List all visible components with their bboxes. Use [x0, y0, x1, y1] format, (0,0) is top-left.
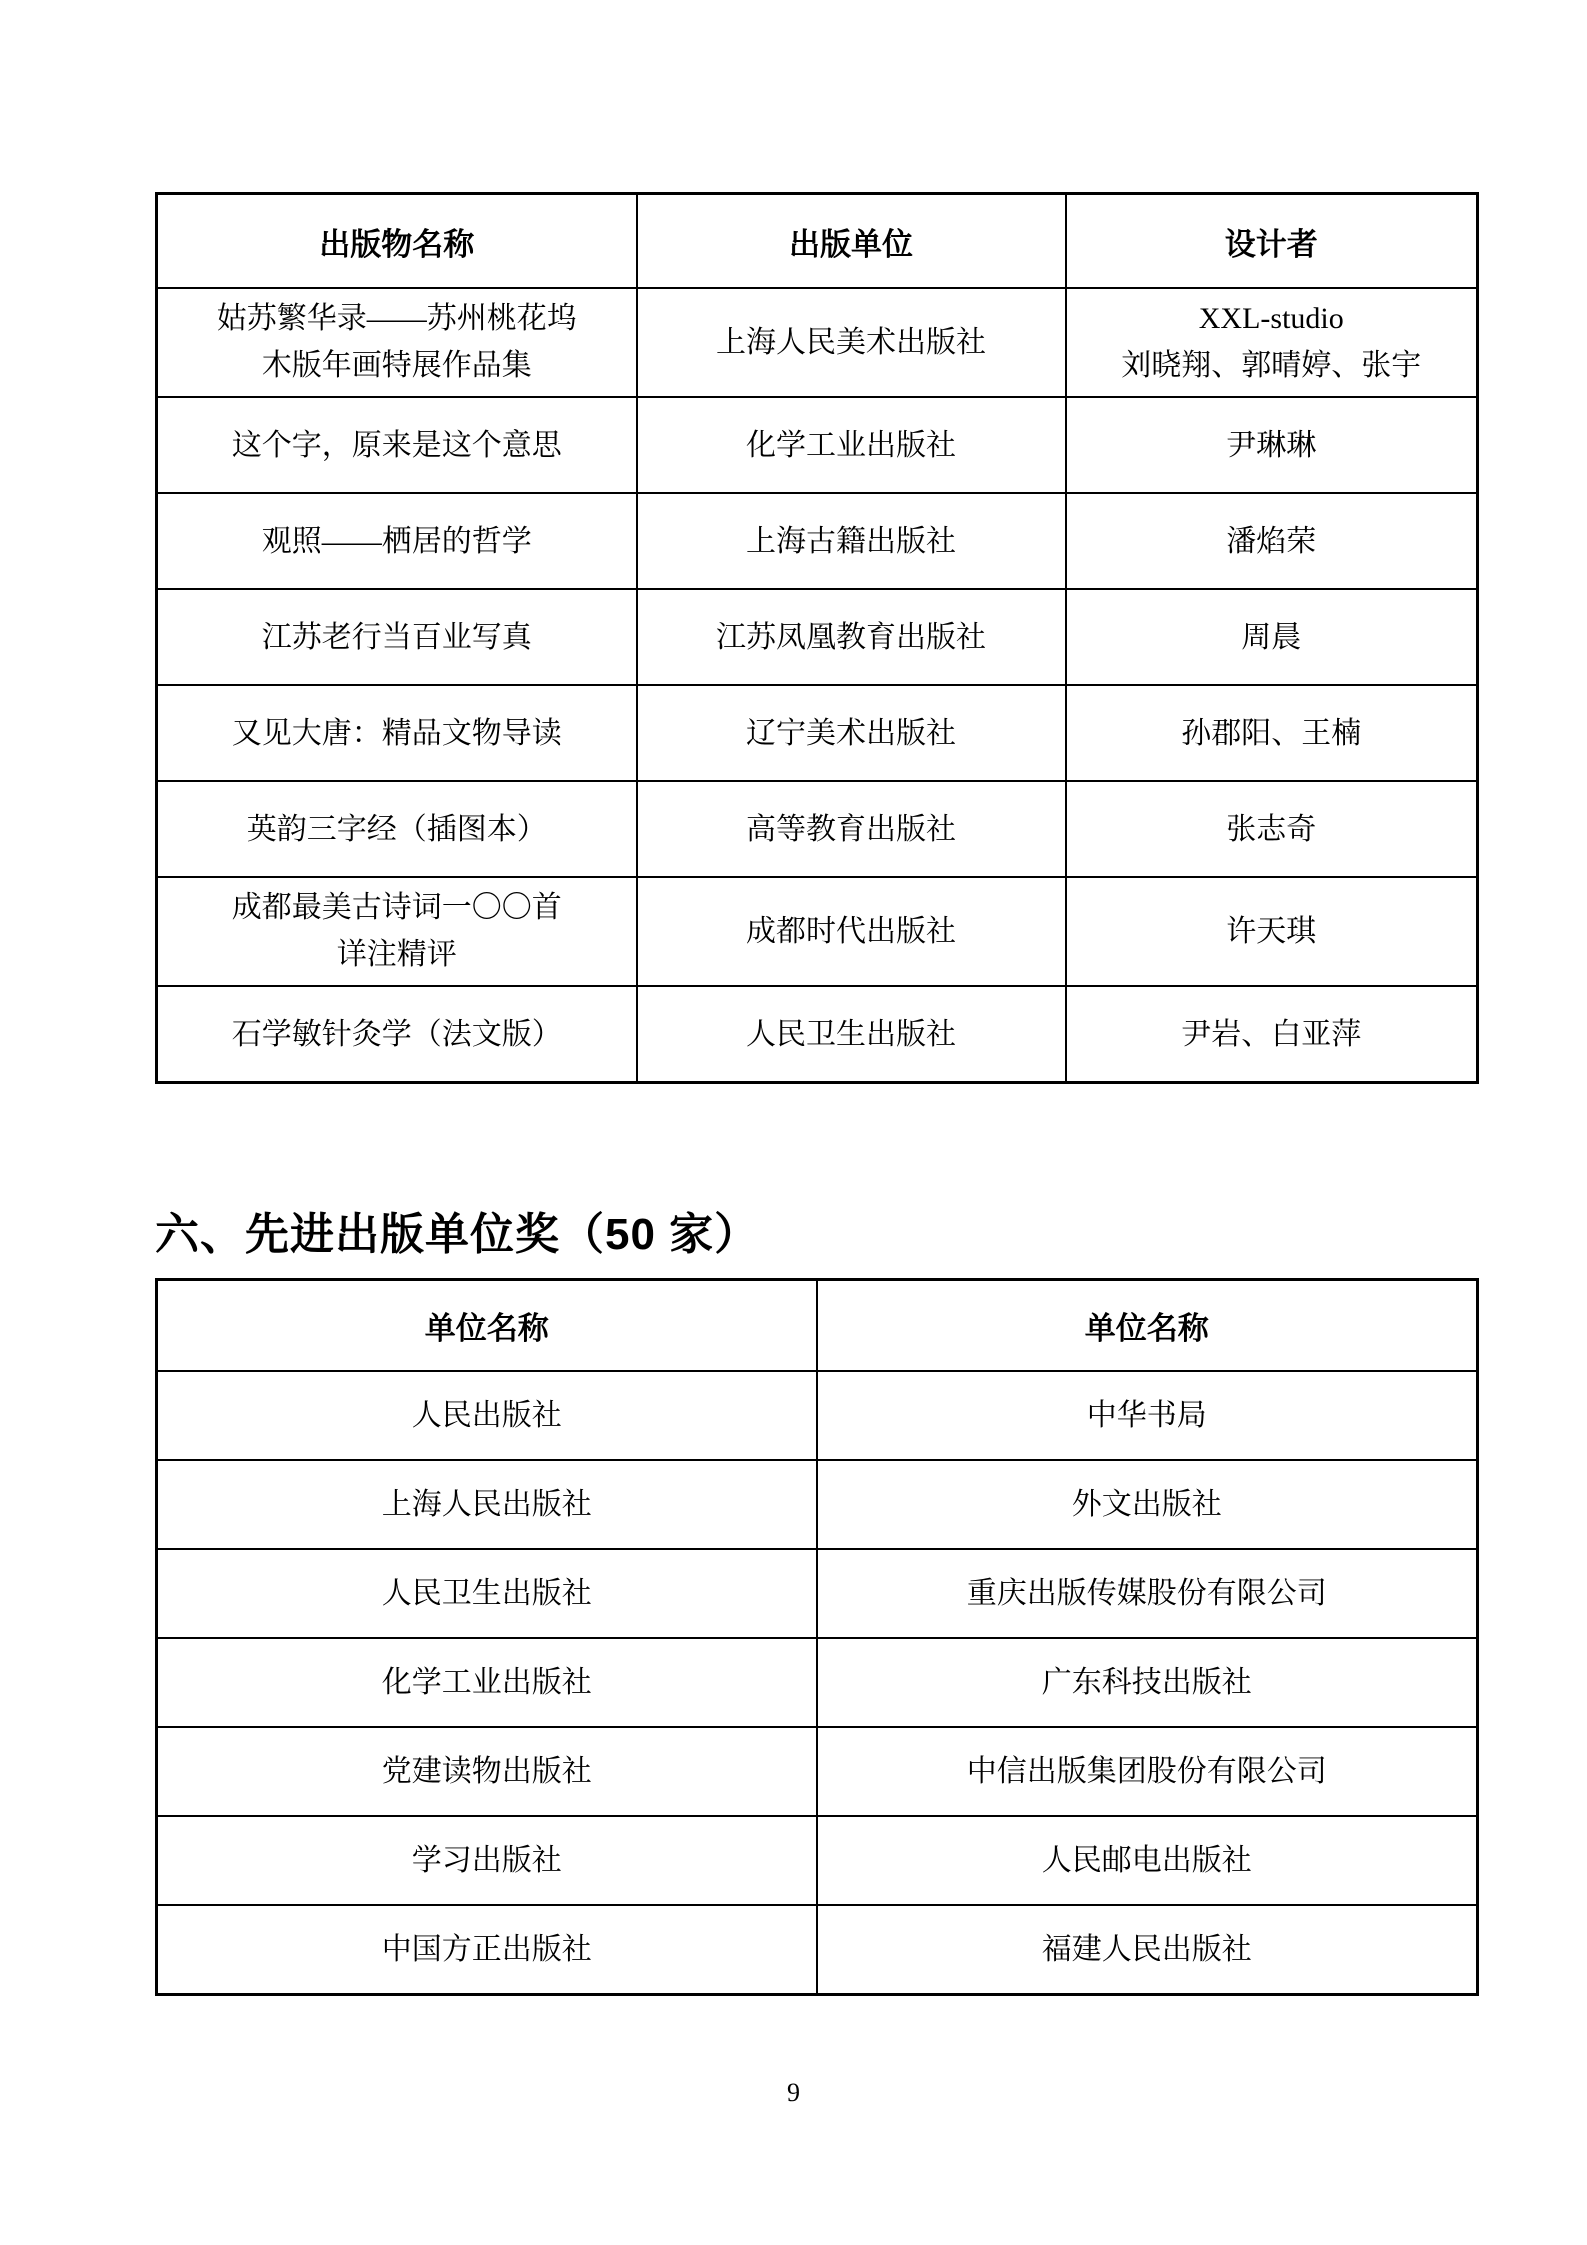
- publisher-cell: 成都时代出版社: [637, 877, 1066, 986]
- unit-name-cell: 党建读物出版社: [157, 1727, 817, 1816]
- designer-header: 设计者: [1066, 194, 1478, 289]
- publisher-cell: 高等教育出版社: [637, 781, 1066, 877]
- table-row: 学习出版社人民邮电出版社: [157, 1816, 1478, 1905]
- awards-table-body: 姑苏繁华录——苏州桃花坞木版年画特展作品集上海人民美术出版社XXL-studio…: [157, 288, 1478, 1083]
- cell-line: 成都最美古诗词一〇〇首: [168, 885, 626, 932]
- publication-cell: 观照——栖居的哲学: [157, 493, 637, 589]
- publisher-cell: 人民卫生出版社: [637, 986, 1066, 1083]
- table-row: 人民出版社中华书局: [157, 1371, 1478, 1460]
- cell-line: 刘晓翔、郭晴婷、张宇: [1077, 343, 1467, 390]
- table-row: 这个字，原来是这个意思化学工业出版社尹琳琳: [157, 397, 1478, 493]
- designer-cell: XXL-studio刘晓翔、郭晴婷、张宇: [1066, 288, 1478, 397]
- unit-name-cell: 重庆出版传媒股份有限公司: [817, 1549, 1478, 1638]
- publication-cell: 石学敏针灸学（法文版）: [157, 986, 637, 1083]
- publication-cell: 这个字，原来是这个意思: [157, 397, 637, 493]
- design-awards-table: 出版物名称 出版单位 设计者 姑苏繁华录——苏州桃花坞木版年画特展作品集上海人民…: [155, 192, 1479, 1084]
- unit-name-cell: 广东科技出版社: [817, 1638, 1478, 1727]
- awards-table-header: 出版物名称 出版单位 设计者: [157, 194, 1478, 289]
- unit-name-cell: 中国方正出版社: [157, 1905, 817, 1995]
- unit-name-cell: 学习出版社: [157, 1816, 817, 1905]
- cell-line: 木版年画特展作品集: [168, 343, 626, 390]
- unit-name-cell: 外文出版社: [817, 1460, 1478, 1549]
- section-heading: 六、先进出版单位奖（50 家）: [155, 1198, 759, 1262]
- designer-cell: 张志奇: [1066, 781, 1478, 877]
- publisher-header: 出版单位: [637, 194, 1066, 289]
- unit-name-cell: 上海人民出版社: [157, 1460, 817, 1549]
- cell-line: 详注精评: [168, 932, 626, 979]
- units-table-body: 人民出版社中华书局上海人民出版社外文出版社人民卫生出版社重庆出版传媒股份有限公司…: [157, 1371, 1478, 1995]
- table-row: 姑苏繁华录——苏州桃花坞木版年画特展作品集上海人民美术出版社XXL-studio…: [157, 288, 1478, 397]
- designer-cell: 尹岩、白亚萍: [1066, 986, 1478, 1083]
- unit-name-cell: 人民卫生出版社: [157, 1549, 817, 1638]
- publisher-cell: 上海人民美术出版社: [637, 288, 1066, 397]
- publisher-cell: 上海古籍出版社: [637, 493, 1066, 589]
- unit-name-cell: 化学工业出版社: [157, 1638, 817, 1727]
- publication-cell: 江苏老行当百业写真: [157, 589, 637, 685]
- unit-name-cell: 人民邮电出版社: [817, 1816, 1478, 1905]
- publication-cell: 英韵三字经（插图本）: [157, 781, 637, 877]
- page-number: 9: [0, 2078, 1587, 2108]
- publication-cell: 姑苏繁华录——苏州桃花坞木版年画特展作品集: [157, 288, 637, 397]
- table-row: 石学敏针灸学（法文版）人民卫生出版社尹岩、白亚萍: [157, 986, 1478, 1083]
- table-row: 党建读物出版社中信出版集团股份有限公司: [157, 1727, 1478, 1816]
- publication-cell: 又见大唐：精品文物导读: [157, 685, 637, 781]
- unit-name-cell: 福建人民出版社: [817, 1905, 1478, 1995]
- table-row: 化学工业出版社广东科技出版社: [157, 1638, 1478, 1727]
- publication-name-header: 出版物名称: [157, 194, 637, 289]
- table-row: 观照——栖居的哲学上海古籍出版社潘焰荣: [157, 493, 1478, 589]
- table-row: 中国方正出版社福建人民出版社: [157, 1905, 1478, 1995]
- publisher-cell: 江苏凤凰教育出版社: [637, 589, 1066, 685]
- table-row: 上海人民出版社外文出版社: [157, 1460, 1478, 1549]
- table-row: 又见大唐：精品文物导读辽宁美术出版社孙郡阳、王楠: [157, 685, 1478, 781]
- unit-name-header-left: 单位名称: [157, 1280, 817, 1372]
- publisher-cell: 辽宁美术出版社: [637, 685, 1066, 781]
- publication-cell: 成都最美古诗词一〇〇首详注精评: [157, 877, 637, 986]
- designer-cell: 潘焰荣: [1066, 493, 1478, 589]
- header-row: 出版物名称 出版单位 设计者: [157, 194, 1478, 289]
- document-page: 出版物名称 出版单位 设计者 姑苏繁华录——苏州桃花坞木版年画特展作品集上海人民…: [0, 0, 1587, 2245]
- table-row: 人民卫生出版社重庆出版传媒股份有限公司: [157, 1549, 1478, 1638]
- designer-cell: 许天琪: [1066, 877, 1478, 986]
- designer-cell: 孙郡阳、王楠: [1066, 685, 1478, 781]
- unit-name-cell: 人民出版社: [157, 1371, 817, 1460]
- advanced-units-table: 单位名称 单位名称 人民出版社中华书局上海人民出版社外文出版社人民卫生出版社重庆…: [155, 1278, 1479, 1996]
- cell-line: XXL-studio: [1077, 296, 1467, 343]
- header-row: 单位名称 单位名称: [157, 1280, 1478, 1372]
- designer-cell: 尹琳琳: [1066, 397, 1478, 493]
- unit-name-cell: 中华书局: [817, 1371, 1478, 1460]
- units-table-header: 单位名称 单位名称: [157, 1280, 1478, 1372]
- table-row: 成都最美古诗词一〇〇首详注精评成都时代出版社许天琪: [157, 877, 1478, 986]
- designer-cell: 周晨: [1066, 589, 1478, 685]
- unit-name-cell: 中信出版集团股份有限公司: [817, 1727, 1478, 1816]
- table-row: 英韵三字经（插图本）高等教育出版社张志奇: [157, 781, 1478, 877]
- unit-name-header-right: 单位名称: [817, 1280, 1478, 1372]
- table-row: 江苏老行当百业写真江苏凤凰教育出版社周晨: [157, 589, 1478, 685]
- cell-line: 姑苏繁华录——苏州桃花坞: [168, 296, 626, 343]
- publisher-cell: 化学工业出版社: [637, 397, 1066, 493]
